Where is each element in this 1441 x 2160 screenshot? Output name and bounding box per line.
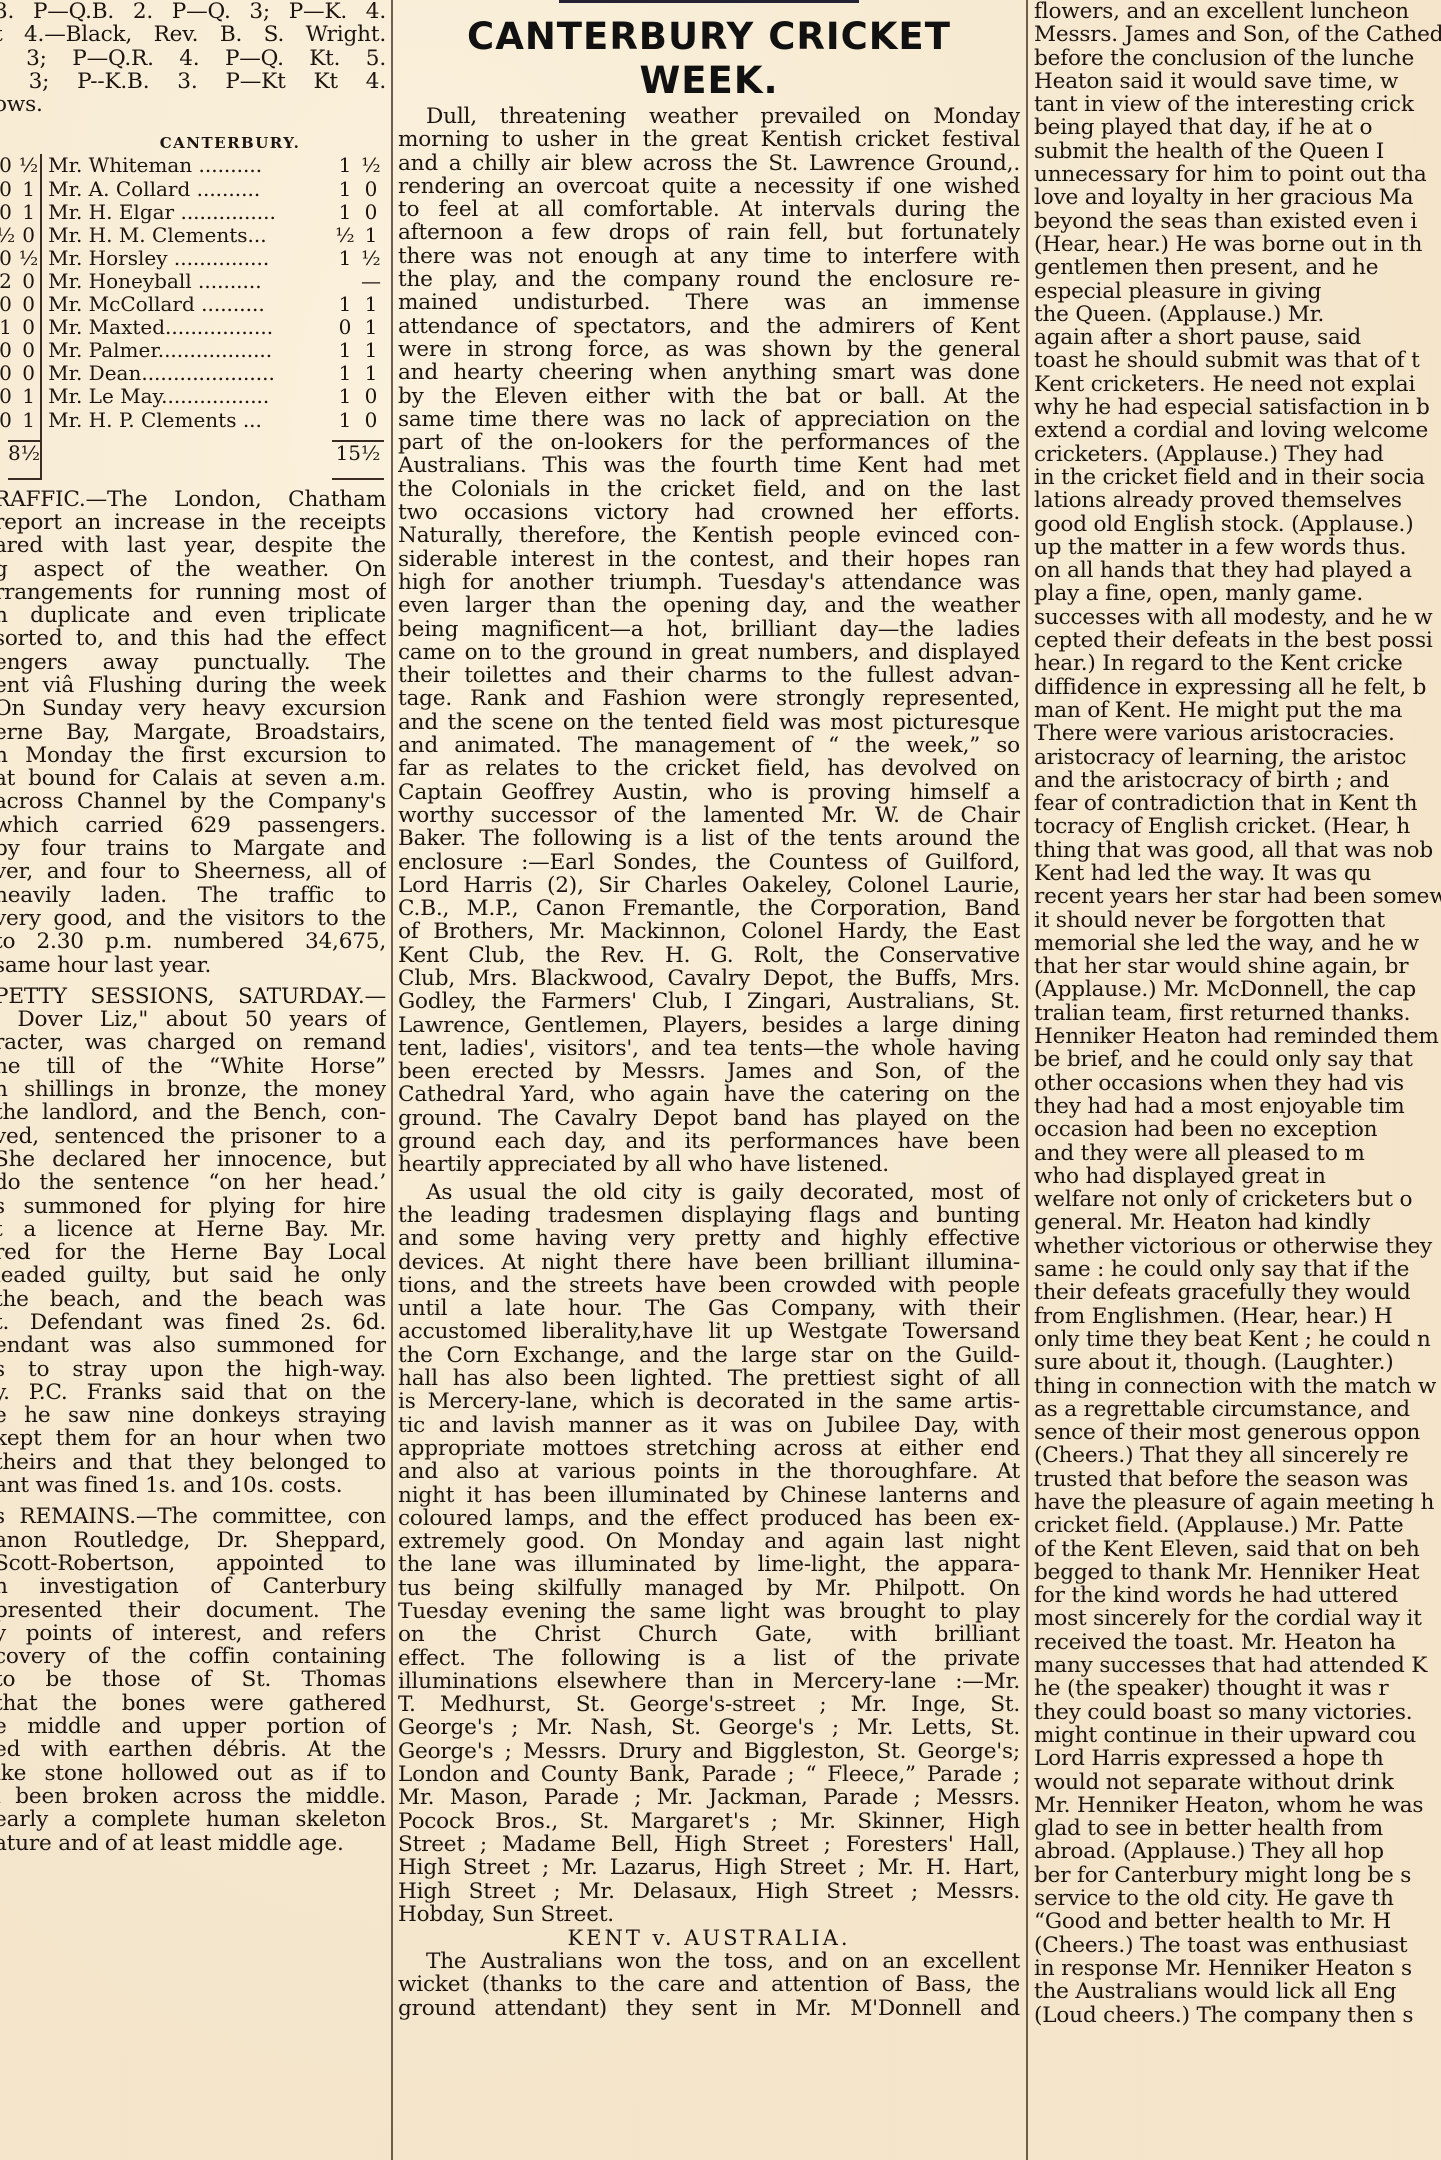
divider [41,409,48,432]
text-line: wicket (thanks to the care and attention… [398,1973,1020,1996]
text-line: Kent cricketers. He need not explai [1034,373,1441,396]
text-line: until a late hour. The Gas Company, with… [398,1297,1020,1320]
text-line: high for another triumph. Tuesday's atte… [398,571,1020,594]
text-line: across Channel by the Company's [0,790,386,813]
text-line: . 3; P—Q.R. 4. P—Q. Kt. 5. [0,47,386,70]
article-paragraph-1: Dull, threatening weather prevailed on M… [398,105,1020,1177]
text-line: night it has been illuminated by Chinese… [398,1484,1020,1507]
score-left-2: 1 [17,409,41,432]
text-line: and the aristocracy of birth ; and [1034,769,1441,792]
score-right-1: 1 [332,409,358,432]
text-line: rrangements for running most of [0,581,386,604]
text-line: the landlord, and the Bench, con- [0,1101,386,1124]
divider [41,316,48,339]
text-line: on all hands that they had played a [1034,559,1441,582]
text-line: toast he should submit was that of t [1034,349,1441,372]
text-line: cepted their defeats in the best possi [1034,629,1441,652]
text-line: submit the health of the Queen I [1034,140,1441,163]
text-line: tus being skilfully managed by Mr. Philp… [398,1577,1020,1600]
score-left-2: 0 [17,316,41,339]
text-line: presented their document. The [0,1599,386,1622]
text-line: (Cheers.) That they all sincerely re [1034,1444,1441,1467]
text-line: afternoon a few drops of rain fell, but … [398,221,1020,244]
score-left-1: 0 [0,362,17,385]
text-line: tage. Rank and Fashion were strongly rep… [398,687,1020,710]
score-left-1: 0 [0,247,17,270]
score-row: ½0Mr. H. M. Clements...½1 [0,224,384,247]
text-line: Tuesday evening the same light was broug… [398,1600,1020,1623]
text-line: Messrs. James and Son, of the Cathed [1034,23,1441,46]
score-row: 01Mr. A. Collard ..........10 [0,178,384,201]
score-left-2: ½ [17,154,41,177]
total-left: 8½ [8,440,40,480]
score-row: 00Mr. Dean.....................11 [0,362,384,385]
text-line: on the Christ Church Gate, with brillian… [398,1623,1020,1646]
text-line: racter, was charged on remand [0,1031,386,1054]
text-line: the Corn Exchange, and the large star on… [398,1344,1020,1367]
text-line: man of Kent. He might put the ma [1034,699,1441,722]
text-line: been erected by Messrs. James and Son, o… [398,1060,1020,1083]
text-line: he till of the “White Horse” [0,1055,386,1078]
text-line: C.B., M.P., Canon Fremantle, the Corpora… [398,897,1020,920]
text-line: and a chilly air blew across the St. Law… [398,152,1020,175]
text-line: being magnificent—a hot, brilliant day—t… [398,618,1020,641]
score-left-1: 0 [0,385,17,408]
text-line: Godley, the Farmers' Club, I Zingari, Au… [398,990,1020,1013]
headline-rule [559,0,859,3]
text-line: (Applause.) Mr. McDonnell, the cap [1034,978,1441,1001]
score-left-1: 0 [0,201,17,224]
right-column: flowers, and an excellent luncheonMessrs… [1034,0,1441,2160]
score-left-1: 0 [0,154,17,177]
text-line: t 4.—Black, Rev. B. S. Wright. [0,23,386,46]
text-line: y points of interest, and refers [0,1622,386,1645]
divider [41,178,48,201]
text-line: ber for Canterbury might long be s [1034,1864,1441,1887]
text-line: two occasions victory had crowned her ef… [398,501,1020,524]
score-right-2: 1 [358,316,384,339]
text-line: n Monday the first excursion to [0,744,386,767]
divider [41,154,48,177]
text-line: report an increase in the receipts [0,511,386,534]
text-line: s summoned for plying for hire [0,1195,386,1218]
text-line: of Brothers, Mr. Mackinnon, Colonel Hard… [398,920,1020,943]
score-right-2: ½ [358,247,384,270]
text-line: begged to thank Mr. Henniker Heat [1034,1561,1441,1584]
score-right-2: 1 [358,362,384,385]
text-line: l been broken across the middle. [0,1785,386,1808]
text-line: there was not enough at any time to inte… [398,245,1020,268]
player-name: Mr. Maxted................. [48,316,332,339]
score-right-2: — [358,270,384,293]
text-line: came on to the ground in great numbers, … [398,641,1020,664]
text-line: and they were all pleased to m [1034,1142,1441,1165]
text-line: anon Routledge, Dr. Sheppard, [0,1529,386,1552]
text-line: Kent Club, the Rev. H. G. Rolt, the Cons… [398,944,1020,967]
text-line: their toilettes and their charms to the … [398,664,1020,687]
text-line: love and loyalty in her gracious Ma [1034,186,1441,209]
score-row: 01Mr. H. P. Clements ...10 [0,409,384,432]
text-line: heartily appreciated by all who have lis… [398,1153,1020,1176]
text-line: tions, and the streets have been crowded… [398,1274,1020,1297]
text-line: thing in connection with the match w [1034,1375,1441,1398]
text-line: London and County Bank, Parade ; “ Fleec… [398,1763,1020,1786]
divider [41,293,48,316]
text-line: Mr. Mason, Parade ; Mr. Jackman, Parade … [398,1786,1020,1809]
score-left-2: 1 [17,201,41,224]
text-line: leaded guilty, but said he only [0,1264,386,1287]
text-line: have the pleasure of again meeting h [1034,1491,1441,1514]
text-line: engers away punctually. The [0,651,386,674]
text-line: recent years her star had been somew [1034,885,1441,908]
score-right-2: 1 [358,293,384,316]
text-line: attendance of spectators, and the admire… [398,315,1020,338]
petty-sessions-report: PETTY SESSIONS, SATURDAY.—' Dover Liz," … [0,985,386,1498]
text-line: RAFFIC.—The London, Chatham [0,488,386,511]
text-line: why he had especial satisfaction in b [1034,396,1441,419]
score-table-heading: CANTERBURY. [0,132,386,154]
text-line: Pocock Bros., St. Margaret's ; Mr. Skinn… [398,1810,1020,1833]
text-line: and the scene on the tented field was mo… [398,711,1020,734]
text-line: even larger than the opening day, and th… [398,594,1020,617]
score-row: 20Mr. Honeyball ..........— [0,270,384,293]
text-line: ground. The Cavalry Depot band has playe… [398,1107,1020,1130]
player-name: Mr. H. Elgar ............... [48,201,332,224]
text-line: ed with earthen débris. At the [0,1738,386,1761]
text-line: ature and of at least middle age. [0,1832,386,1855]
score-row: 0½Mr. Whiteman ..........1½ [0,154,384,177]
score-right-2: 1 [358,339,384,362]
score-right-1: ½ [332,224,358,247]
score-right-1 [332,270,358,293]
text-line: red for the Herne Bay Local [0,1241,386,1264]
player-name: Mr. Palmer.................. [48,339,332,362]
text-line: flowers, and an excellent luncheon [1034,0,1441,23]
text-line: heavily laden. The traffic to [0,884,386,907]
score-right-1: 1 [332,293,358,316]
text-line: is Mercery-lane, which is decorated in t… [398,1390,1020,1413]
text-line: from Englishmen. (Hear, hear.) H [1034,1305,1441,1328]
text-line: mained undisturbed. There was an immense [398,291,1020,314]
score-left-1: 0 [0,293,17,316]
text-line: theirs and that they belonged to [0,1451,386,1474]
text-line: successes with all modesty, and he w [1034,606,1441,629]
text-line: Scott-Robertson, appointed to [0,1552,386,1575]
text-line: kept them for an hour when two [0,1427,386,1450]
text-line: ows. [0,93,386,116]
text-line: and also at various points in the thorou… [398,1460,1020,1483]
score-right-1: 1 [332,247,358,270]
article-paragraph-3: The Australians won the toss, and on an … [398,1950,1020,2020]
text-line: ent viâ Flushing during the week [0,674,386,697]
text-line: t a licence at Herne Bay. Mr. [0,1218,386,1241]
score-row: 00Mr. Palmer..................11 [0,339,384,362]
text-line: to be those of St. Thomas [0,1668,386,1691]
text-line: worthy successor of the lamented Mr. W. … [398,804,1020,827]
text-line: “Good and better health to Mr. H [1034,1910,1441,1933]
article-column: CANTERBURY CRICKET WEEK. Dull, threateni… [398,0,1020,2160]
text-line: the Australians would lick all Eng [1034,1980,1441,2003]
player-name: Mr. Honeyball .......... [48,270,332,293]
score-left-2: 0 [17,270,41,293]
text-line: As usual the old city is gaily decorated… [398,1181,1020,1204]
text-line: glad to see in better health from [1034,1817,1441,1840]
text-line: welfare not only of cricketers but o [1034,1188,1441,1211]
text-line: tralian team, first returned thanks. [1034,1002,1441,1025]
text-line: their defeats gracefully they would [1034,1281,1441,1304]
text-line: n duplicate and even triplicate [0,604,386,627]
score-right-2: 0 [358,409,384,432]
text-line: sence of their most generous oppon [1034,1421,1441,1444]
score-left-1: ½ [0,224,17,247]
text-line: morning to usher in the great Kentish cr… [398,128,1020,151]
score-right-2: 0 [358,178,384,201]
text-line: endant was also summoned for [0,1334,386,1357]
divider [41,362,48,385]
player-name: Mr. Le May................. [48,385,332,408]
text-line: erne Bay, Margate, Broadstairs, [0,721,386,744]
text-line: (Loud cheers.) The company then s [1034,2004,1441,2027]
score-row: 00Mr. McCollard ..........11 [0,293,384,316]
text-line: There were various aristocracies. [1034,722,1441,745]
score-right-2: 1 [358,224,384,247]
text-line: thing that was good, all that was nob [1034,839,1441,862]
score-left-1: 0 [0,178,17,201]
text-line: for the kind words he had uttered [1034,1584,1441,1607]
text-line: sorted to, and this had the effect [0,627,386,650]
text-line: ved, sentenced the prisoner to a [0,1125,386,1148]
text-line: Baker. The following is a list of the te… [398,827,1020,850]
score-left-2: 0 [17,362,41,385]
text-line: diffidence in expressing all he felt, b [1034,676,1441,699]
text-line: Lord Harris (2), Sir Charles Oakeley, Co… [398,874,1020,897]
score-row: 01Mr. Le May.................10 [0,385,384,408]
text-line: effect. The following is a list of the p… [398,1647,1020,1670]
column-rule-right [1026,0,1028,2160]
score-right-1: 1 [332,385,358,408]
text-line: the beach, and the beach was [0,1288,386,1311]
text-line: most sincerely for the cordial way it [1034,1607,1441,1630]
text-line: covery of the coffin containing [0,1645,386,1668]
text-line: that the bones were gathered [0,1692,386,1715]
text-line: (Cheers.) The toast was enthusiast [1034,1934,1441,1957]
section-subheading: KENT v. AUSTRALIA. [398,1926,1020,1950]
text-line: by four trains to Margate and [0,837,386,860]
text-line: siderable interest in the contest, and t… [398,548,1020,571]
text-line: abroad. (Applause.) They all hop [1034,1840,1441,1863]
text-line: Hobday, Sun Street. [398,1903,1020,1926]
text-line: occasion had been no exception [1034,1118,1441,1141]
left-column: 3. P—Q.B. 2. P—Q. 3; P—K. 4.t 4.—Black, … [0,0,386,2160]
text-line: enclosure :—Earl Sondes, the Countess of… [398,851,1020,874]
text-line: cricketers. (Applause.) They had [1034,443,1441,466]
text-line: n investigation of Canterbury [0,1575,386,1598]
text-line: s REMAINS.—The committee, con [0,1505,386,1528]
divider [41,270,48,293]
text-line: whether victorious or otherwise they [1034,1235,1441,1258]
text-line: in response Mr. Henniker Heaton s [1034,1957,1441,1980]
text-line: it should never be forgotten that [1034,909,1441,932]
text-line: Club, Mrs. Blackwood, Cavalry Depot, the… [398,967,1020,990]
text-line: extend a cordial and loving welcome [1034,419,1441,442]
text-line: and some having very pretty and highly e… [398,1227,1020,1250]
text-line: appropriate mottoes stretching across at… [398,1437,1020,1460]
text-line: same : he could only say that if the [1034,1258,1441,1281]
text-line: High Street ; Mr. Lazarus, High Street ;… [398,1856,1020,1879]
score-left-2: 1 [17,178,41,201]
text-line: the leading tradesmen displaying flags a… [398,1204,1020,1227]
chess-notation: 3. P—Q.B. 2. P—Q. 3; P—K. 4.t 4.—Black, … [0,0,386,116]
score-left-1: 0 [0,409,17,432]
text-line: at bound for Calais at seven a.m. [0,767,386,790]
text-line: coloured lamps, and the effect produced … [398,1507,1020,1530]
text-line: especial pleasure in giving [1034,280,1441,303]
text-line: Lawrence, Gentlemen, Players, besides a … [398,1014,1020,1037]
text-line: trusted that before the season was [1034,1468,1441,1491]
text-line: to 2.30 p.m. numbered 34,675, [0,930,386,953]
text-line: and animated. The management of “ the we… [398,734,1020,757]
text-line: . 3; P--K.B. 3. P—Kt Kt 4. [0,70,386,93]
text-line: which carried 629 passengers. [0,814,386,837]
text-line: service to the old city. He gave th [1034,1887,1441,1910]
score-right-1: 1 [332,178,358,201]
text-line: the play, and the company round the encl… [398,268,1020,291]
text-line: the Queen. (Applause.) Mr. [1034,303,1441,326]
text-line: Naturally, therefore, the Kentish people… [398,524,1020,547]
text-line: Kent had led the way. It was qu [1034,862,1441,885]
text-line: up the matter in a few words thus. [1034,536,1441,559]
traffic-report: RAFFIC.—The London, Chathamreport an inc… [0,488,386,977]
total-right: 15½ [332,440,384,480]
divider [41,201,48,224]
text-line: tant in view of the interesting crick [1034,93,1441,116]
player-name: Mr. Horsley ............... [48,247,332,270]
text-line: the lane was illuminated by lime-light, … [398,1553,1020,1576]
player-name: Mr. Whiteman .......... [48,154,332,177]
text-line: devices. At night there have been brilli… [398,1251,1020,1274]
text-line: the Colonials in the cricket field, and … [398,478,1020,501]
text-line: n shillings in bronze, the money [0,1078,386,1101]
column-rule-left [391,0,393,2160]
text-line: of the Kent Eleven, said that on beh [1034,1538,1441,1561]
text-line: s to stray upon the high-way. [0,1358,386,1381]
text-line: ared with last year, despite the [0,534,386,557]
text-line: Street ; Madame Bell, High Street ; Fore… [398,1833,1020,1856]
text-line: tic and lavish manner as it was on Jubil… [398,1414,1020,1437]
score-table: 0½Mr. Whiteman ..........1½01Mr. A. Coll… [0,154,384,479]
player-name: Mr. H. M. Clements... [48,224,332,247]
score-right-1: 1 [332,201,358,224]
text-line: Cathedral Yard, who again have the cater… [398,1083,1020,1106]
text-line: being played that day, if he at o [1034,116,1441,139]
text-line: part of the on-lookers for the performan… [398,431,1020,454]
text-line: ike stone hollowed out as if to [0,1762,386,1785]
text-line: in the cricket field and in their socia [1034,466,1441,489]
text-line: (Hear, hear.) He was borne out in th [1034,233,1441,256]
score-left-1: 1 [0,316,17,339]
text-line: might continue in their upward cou [1034,1724,1441,1747]
text-line: hall has also been lighted. The pretties… [398,1367,1020,1390]
score-left-1: 2 [0,270,17,293]
text-line: early a complete human skeleton [0,1808,386,1831]
text-line: e middle and upper portion of [0,1715,386,1738]
text-line: do the sentence “on her head.’ [0,1171,386,1194]
text-line: other occasions when they had vis [1034,1072,1441,1095]
player-name: Mr. McCollard .......... [48,293,332,316]
text-line: general. Mr. Heaton had kindly [1034,1211,1441,1234]
score-left-1: 0 [0,339,17,362]
text-line: only time they beat Kent ; he could n [1034,1328,1441,1351]
text-line: accustomed liberality,have lit up Westga… [398,1320,1020,1343]
score-right-2: 0 [358,385,384,408]
text-line: tocracy of English cricket. (Hear, h [1034,815,1441,838]
divider [41,247,48,270]
text-line: far as relates to the cricket field, has… [398,757,1020,780]
text-line: lations already proved themselves [1034,489,1441,512]
text-line: t. Defendant was fined 2s. 6d. [0,1311,386,1334]
text-line: to feel at all comfortable. At intervals… [398,198,1020,221]
text-line: aristocracy of learning, the aristoc [1034,746,1441,769]
divider [41,385,48,408]
score-right-2: ½ [358,154,384,177]
text-line: hear.) In regard to the Kent cricke [1034,652,1441,675]
text-line: before the conclusion of the lunche [1034,47,1441,70]
divider [41,224,48,247]
text-line: cricket field. (Applause.) Mr. Patte [1034,1514,1441,1537]
text-line: T. Medhurst, St. George's-street ; Mr. I… [398,1693,1020,1716]
text-line: they could boast so many victories. [1034,1701,1441,1724]
text-line: very good, and the visitors to the [0,907,386,930]
score-totals-row: 8½ 15½ [0,432,384,480]
text-line: g aspect of the weather. On [0,558,386,581]
text-line: and hearty cheering when anything smart … [398,361,1020,384]
text-line: sure about it, though. (Laughter.) [1034,1351,1441,1374]
text-line: gentlemen then present, and he [1034,256,1441,279]
text-line: he (the speaker) thought it was r [1034,1677,1441,1700]
text-line: PETTY SESSIONS, SATURDAY.— [0,985,386,1008]
text-line: She declared her innocence, but [0,1148,386,1171]
text-line: they had had a most enjoyable tim [1034,1095,1441,1118]
text-line: same time there was no lack of appreciat… [398,408,1020,431]
text-line: who had displayed great in [1034,1165,1441,1188]
text-line: On Sunday very heavy excursion [0,697,386,720]
text-line: ver, and four to Sheerness, all of [0,860,386,883]
score-right-1: 1 [332,362,358,385]
text-line: Heaton said it would save time, w [1034,70,1441,93]
score-right-1: 1 [332,339,358,362]
text-line: Dull, threatening weather prevailed on M… [398,105,1020,128]
text-line: extremely good. On Monday and again last… [398,1530,1020,1553]
text-line: that her star would shine again, br [1034,955,1441,978]
headline-line-2: WEEK. [398,59,1020,103]
text-line: many successes that had attended K [1034,1654,1441,1677]
score-left-2: 1 [17,385,41,408]
text-line: Captain Geoffrey Austin, who is proving … [398,781,1020,804]
score-right-1: 0 [332,316,358,339]
score-right-1: 1 [332,154,358,177]
text-line: again after a short pause, said [1034,326,1441,349]
text-line: same hour last year. [0,954,386,977]
score-row: 0½Mr. Horsley ...............1½ [0,247,384,270]
score-row: 10Mr. Maxted.................01 [0,316,384,339]
headline: CANTERBURY CRICKET [398,15,1020,59]
text-line: rendering an overcoat quite a necessity … [398,175,1020,198]
text-line: Henniker Heaton had reminded them [1034,1025,1441,1048]
text-line: ground each day, and its performances ha… [398,1130,1020,1153]
player-name: Mr. A. Collard .......... [48,178,332,201]
score-left-2: 0 [17,293,41,316]
text-line: received the toast. Mr. Heaton ha [1034,1631,1441,1654]
